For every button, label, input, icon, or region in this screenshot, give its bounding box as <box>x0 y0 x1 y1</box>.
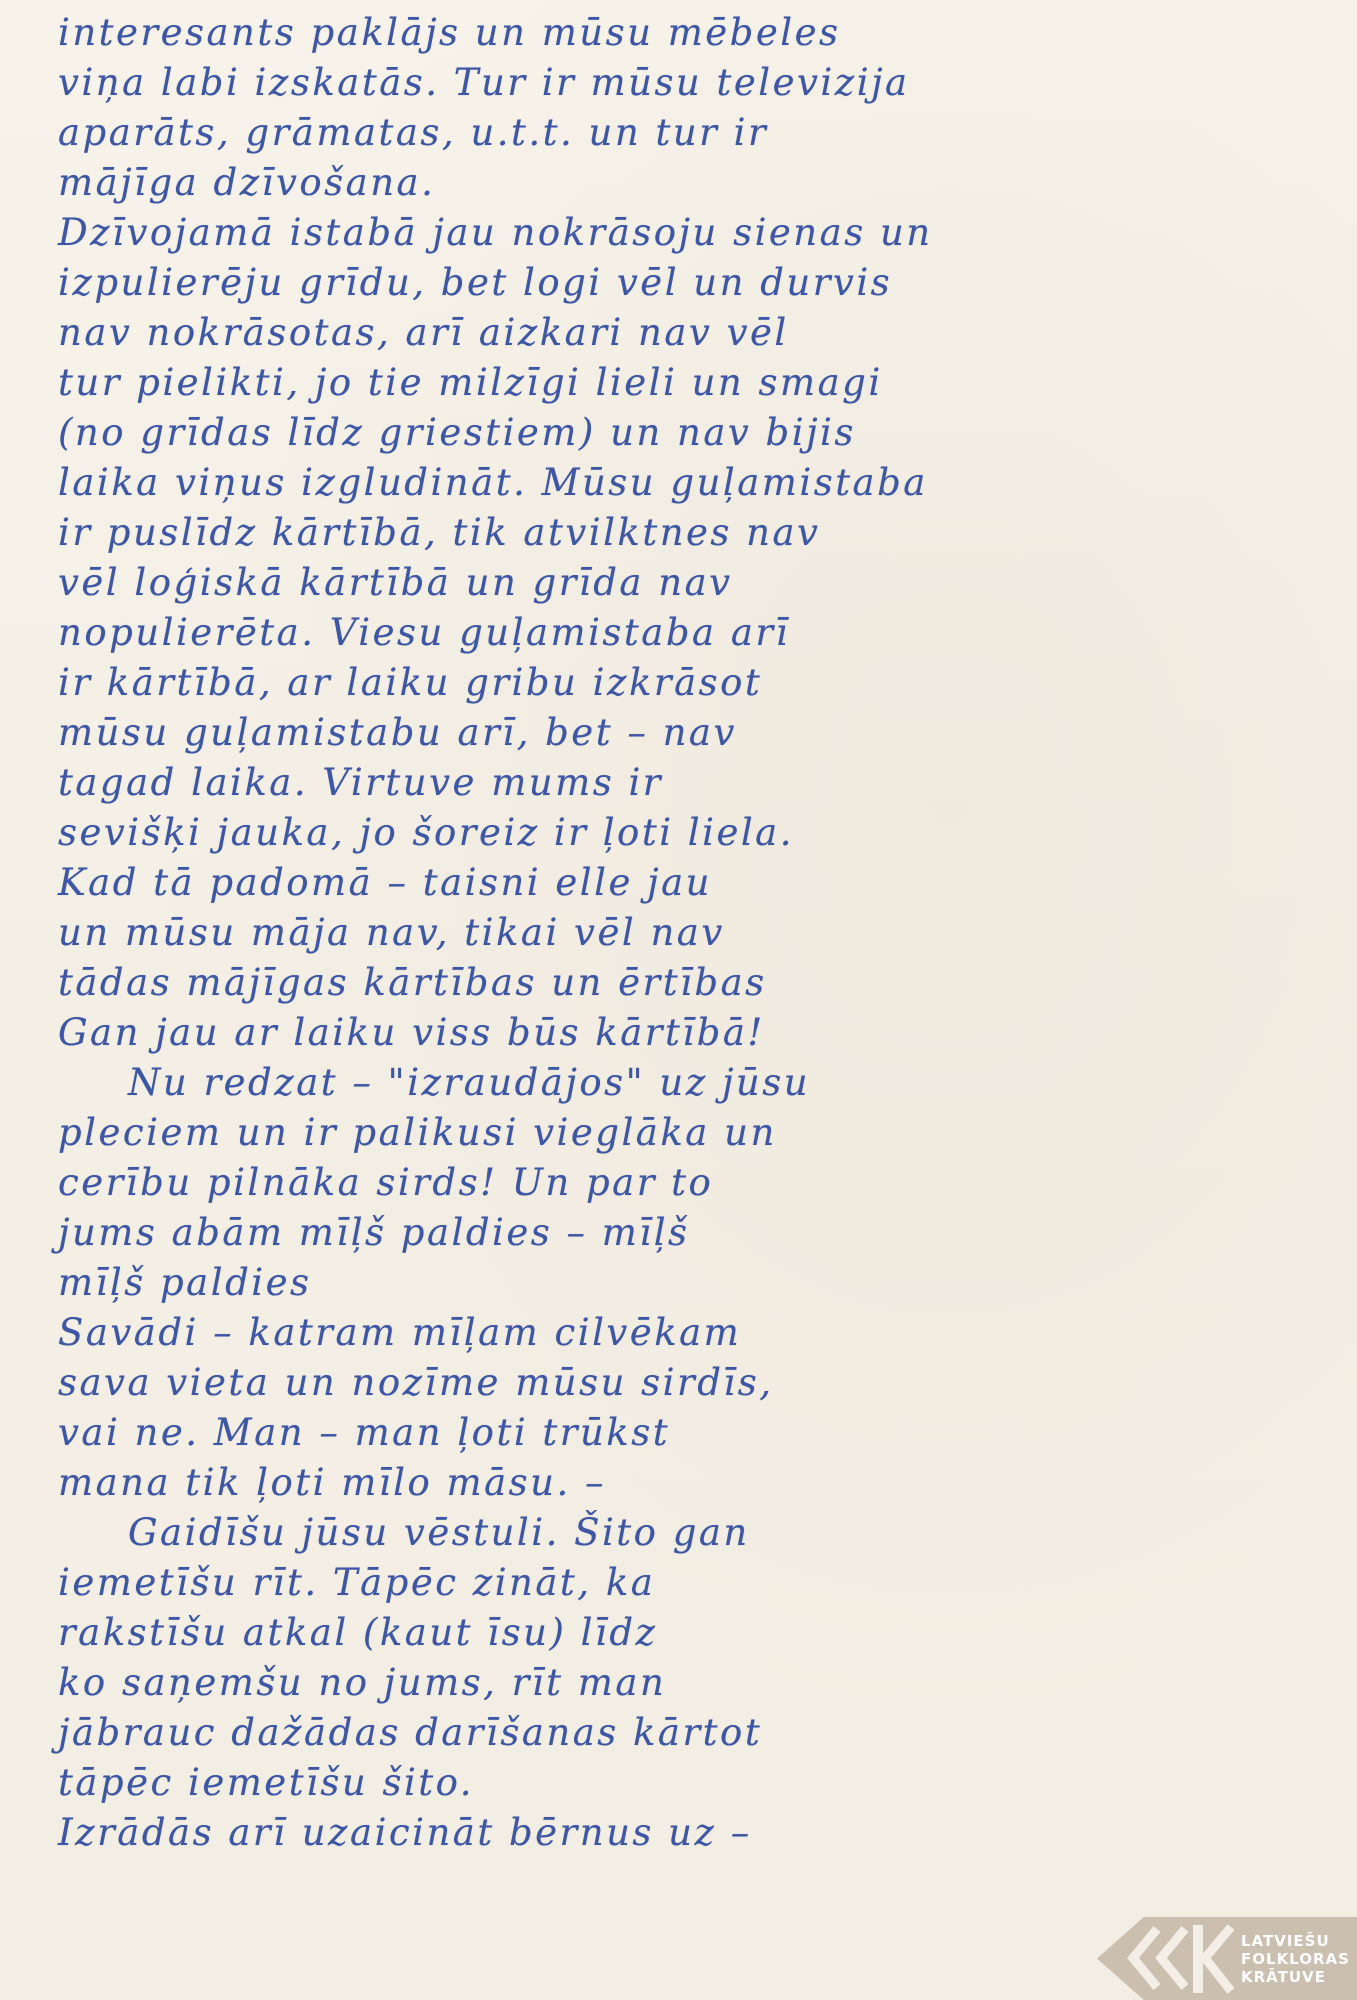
letter-line: ir puslīdz kārtībā, tik atvilktnes nav <box>58 508 1348 558</box>
letter-line: Gan jau ar laiku viss būs kārtībā! <box>58 1008 1348 1058</box>
logo-wordmark: LATVIEŠU FOLKLORAS KRĀTUVE <box>1241 1932 1350 1986</box>
letter-line: iemetīšu rīt. Tāpēc zināt, ka <box>58 1558 1348 1608</box>
letter-line: laika viņus izgludināt. Mūsu guļamistaba <box>58 458 1348 508</box>
letter-line: mīļš paldies <box>58 1258 1348 1308</box>
letter-line: cerību pilnāka sirds! Un par to <box>58 1158 1348 1208</box>
letter-line: Dzīvojamā istabā jau nokrāsoju sienas un <box>58 208 1348 258</box>
letter-line: mājīga dzīvošana. <box>58 158 1348 208</box>
letter-line: nav nokrāsotas, arī aizkari nav vēl <box>58 308 1348 358</box>
letter-line: aparāts, grāmatas, u.t.t. un tur ir <box>58 108 1348 158</box>
letter-line: Kad tā padomā – taisni elle jau <box>58 858 1348 908</box>
handwritten-letter-body: interesants paklājs un mūsu mēbeles viņa… <box>58 8 1348 1858</box>
letter-line: mana tik ļoti mīlo māsu. – <box>58 1458 1348 1508</box>
letter-line: tādas mājīgas kārtības un ērtības <box>58 958 1348 1008</box>
letter-line: jābrauc dažādas darīšanas kārtot <box>58 1708 1348 1758</box>
letter-line: Izrādās arī uzaicināt bērnus uz – <box>58 1808 1348 1858</box>
letter-line: mūsu guļamistabu arī, bet – nav <box>58 708 1348 758</box>
logo-text-line2: FOLKLORAS <box>1241 1950 1350 1968</box>
letter-line: Savādi – katram mīļam cilvēkam <box>58 1308 1348 1358</box>
lfk-chevrons-icon <box>1119 1917 1239 2000</box>
letter-line: vēl loģiskā kārtībā un grīda nav <box>58 558 1348 608</box>
letter-line: ir kārtībā, ar laiku gribu izkrāsot <box>58 658 1348 708</box>
letter-line: izpulierēju grīdu, bet logi vēl un durvi… <box>58 258 1348 308</box>
letter-page: interesants paklājs un mūsu mēbeles viņa… <box>0 0 1357 2000</box>
logo-text-line3: KRĀTUVE <box>1241 1968 1350 1986</box>
letter-line: un mūsu māja nav, tikai vēl nav <box>58 908 1348 958</box>
letter-line: vai ne. Man – man ļoti trūkst <box>58 1408 1348 1458</box>
letter-line: viņa labi izskatās. Tur ir mūsu televizi… <box>58 58 1348 108</box>
logo-text-line1: LATVIEŠU <box>1241 1932 1350 1950</box>
letter-line: tāpēc iemetīšu šito. <box>58 1758 1348 1808</box>
letter-line: rakstīšu atkal (kaut īsu) līdz <box>58 1608 1348 1658</box>
folklore-archive-logo: LATVIEŠU FOLKLORAS KRĀTUVE <box>1097 1917 1357 2000</box>
letter-line: jums abām mīļš paldies – mīļš <box>58 1208 1348 1258</box>
letter-line: (no grīdas līdz griestiem) un nav bijis <box>58 408 1348 458</box>
letter-line: tur pielikti, jo tie milzīgi lieli un sm… <box>58 358 1348 408</box>
letter-paragraph-start: Gaidīšu jūsu vēstuli. Šito gan <box>58 1508 1348 1558</box>
letter-paragraph-start: Nu redzat – "izraudājos" uz jūsu <box>58 1058 1348 1108</box>
letter-line: tagad laika. Virtuve mums ir <box>58 758 1348 808</box>
letter-line: pleciem un ir palikusi vieglāka un <box>58 1108 1348 1158</box>
letter-line: sava vieta un nozīme mūsu sirdīs, <box>58 1358 1348 1408</box>
letter-line: sevišķi jauka, jo šoreiz ir ļoti liela. <box>58 808 1348 858</box>
letter-line: interesants paklājs un mūsu mēbeles <box>58 8 1348 58</box>
letter-line: nopulierēta. Viesu guļamistaba arī <box>58 608 1348 658</box>
letter-line: ko saņemšu no jums, rīt man <box>58 1658 1348 1708</box>
